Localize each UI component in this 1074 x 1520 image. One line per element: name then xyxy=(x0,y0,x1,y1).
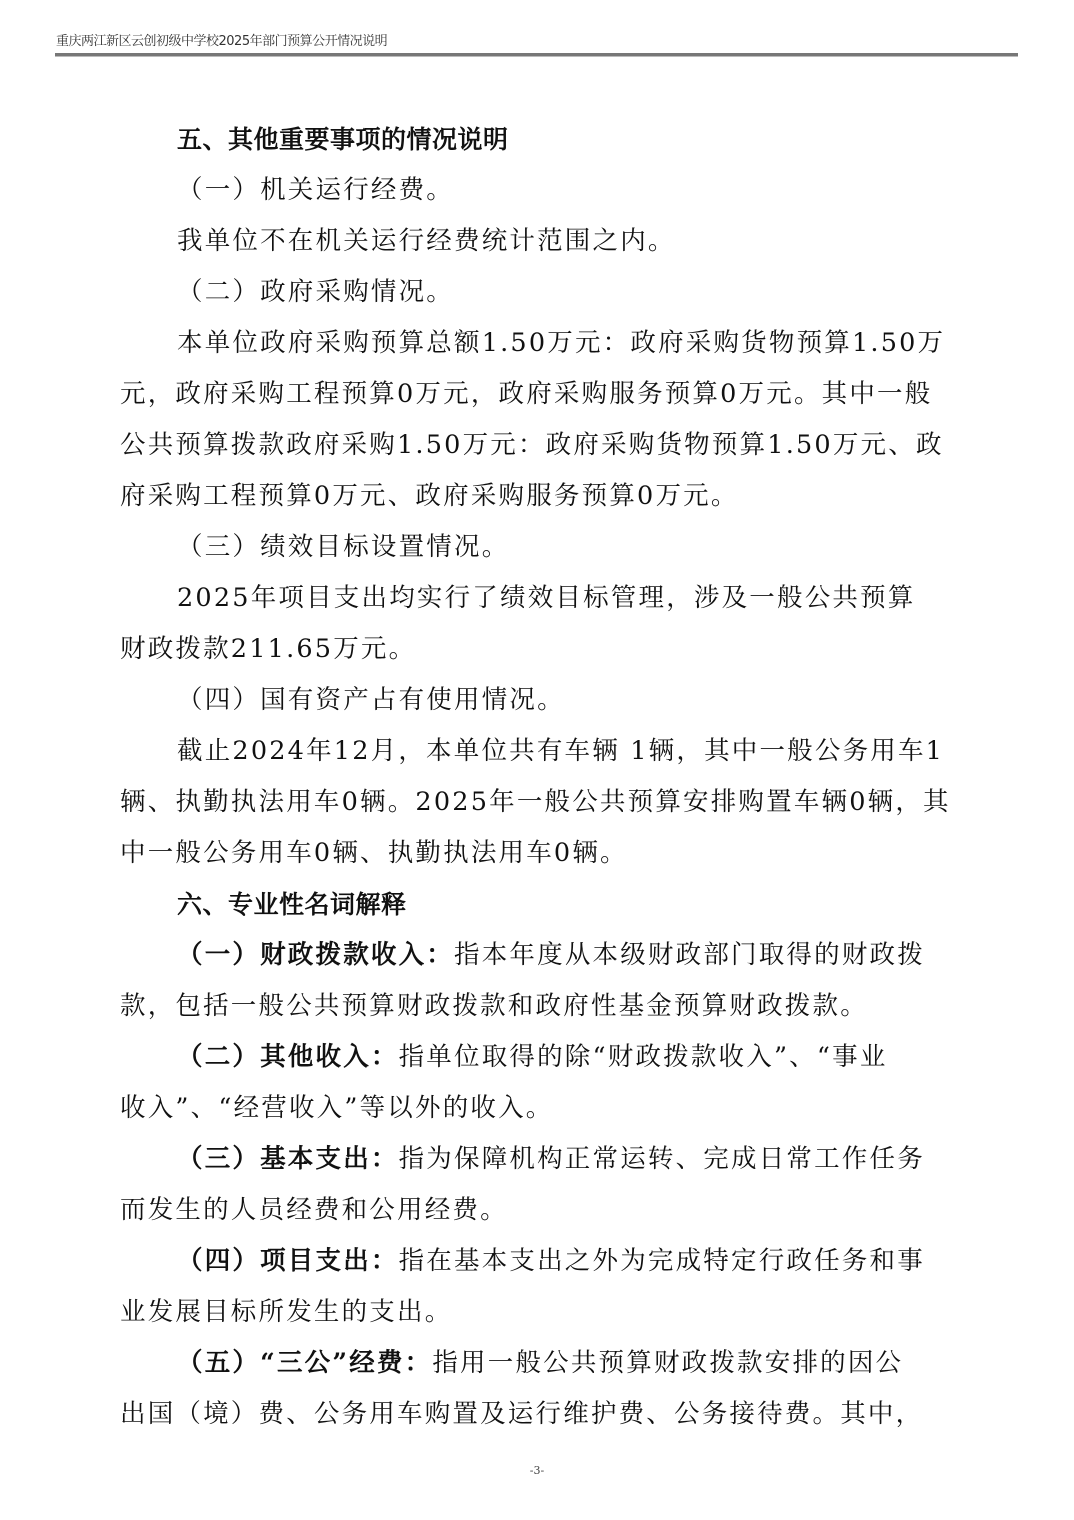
paragraph-line: 府采购工程预算0万元、政府采购服务预算0万元。 xyxy=(120,471,960,522)
paragraph-line: 元，政府采购工程预算0万元，政府采购服务预算0万元。其中一般 xyxy=(120,369,960,420)
running-header: 重庆两江新区云创初级中学校2025年部门预算公开情况说明 xyxy=(56,30,387,49)
term-label: （四）项目支出： xyxy=(177,1246,399,1276)
paragraph-line: 出国（境）费、公务用车购置及运行维护费、公务接待费。其中， xyxy=(120,1389,960,1440)
term-definition: （二）其他收入：指单位取得的除“财政拨款收入”、“事业 xyxy=(120,1032,960,1083)
document-body: 五、其他重要事项的情况说明 （一）机关运行经费。 我单位不在机关运行经费统计范围… xyxy=(120,114,960,1440)
section-heading: 六、专业性名词解释 xyxy=(120,879,960,930)
term-label: （二）其他收入： xyxy=(177,1042,399,1072)
term-label: （三）基本支出： xyxy=(177,1144,399,1174)
term-definition: （一）财政拨款收入：指本年度从本级财政部门取得的财政拨 xyxy=(120,930,960,981)
paragraph-line: 辆、执勤执法用车0辆。2025年一般公共预算安排购置车辆0辆，其 xyxy=(120,777,960,828)
term-label: （一）财政拨款收入： xyxy=(177,940,454,970)
paragraph-line: 中一般公务用车0辆、执勤执法用车0辆。 xyxy=(120,828,960,879)
term-label: （五）“三公”经费： xyxy=(177,1348,432,1378)
paragraph-line: 收入”、“经营收入”等以外的收入。 xyxy=(120,1083,960,1134)
paragraph-line: 截止2024年12月，本单位共有车辆 1辆，其中一般公务用车1 xyxy=(120,726,960,777)
page-number: -3- xyxy=(0,1464,1074,1477)
subsection-heading: （二）政府采购情况。 xyxy=(120,267,960,318)
term-definition: （四）项目支出：指在基本支出之外为完成特定行政任务和事 xyxy=(120,1236,960,1287)
subsection-heading: （一）机关运行经费。 xyxy=(120,165,960,216)
paragraph-line: 2025年项目支出均实行了绩效目标管理，涉及一般公共预算 xyxy=(120,573,960,624)
paragraph-line: 而发生的人员经费和公用经费。 xyxy=(120,1185,960,1236)
term-definition: （五）“三公”经费：指用一般公共预算财政拨款安排的因公 xyxy=(120,1338,960,1389)
subsection-heading: （三）绩效目标设置情况。 xyxy=(120,522,960,573)
term-text: 指在基本支出之外为完成特定行政任务和事 xyxy=(399,1246,925,1276)
term-text: 指为保障机构正常运转、完成日常工作任务 xyxy=(399,1144,925,1174)
term-text: 指本年度从本级财政部门取得的财政拨 xyxy=(454,940,925,970)
paragraph-line: 本单位政府采购预算总额1.50万元：政府采购货物预算1.50万 xyxy=(120,318,960,369)
term-text: 指单位取得的除“财政拨款收入”、“事业 xyxy=(399,1042,888,1072)
section-heading: 五、其他重要事项的情况说明 xyxy=(120,114,960,165)
paragraph-line: 款，包括一般公共预算财政拨款和政府性基金预算财政拨款。 xyxy=(120,981,960,1032)
paragraph-line: 我单位不在机关运行经费统计范围之内。 xyxy=(120,216,960,267)
paragraph-line: 财政拨款211.65万元。 xyxy=(120,624,960,675)
paragraph-line: 公共预算拨款政府采购1.50万元：政府采购货物预算1.50万元、政 xyxy=(120,420,960,471)
header-rule xyxy=(55,53,1018,57)
paragraph-line: 业发展目标所发生的支出。 xyxy=(120,1287,960,1338)
term-text: 指用一般公共预算财政拨款安排的因公 xyxy=(432,1348,903,1378)
subsection-heading: （四）国有资产占有使用情况。 xyxy=(120,675,960,726)
term-definition: （三）基本支出：指为保障机构正常运转、完成日常工作任务 xyxy=(120,1134,960,1185)
